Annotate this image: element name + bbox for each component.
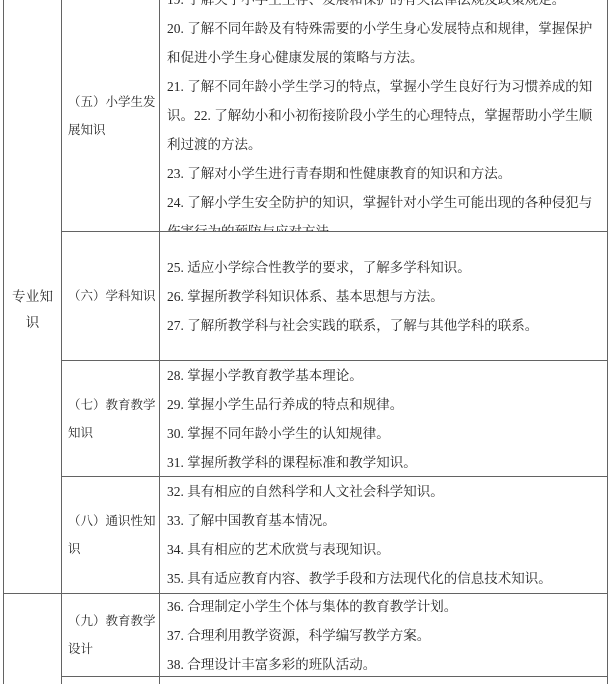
category-cell-6-subject-knowledge: （六）学科知识 xyxy=(62,232,160,361)
category-cell-9-instructional-design: （九）教育教学 设计 xyxy=(62,594,160,677)
item-33: 33. 了解中国教育基本情况。 xyxy=(167,506,602,535)
group-label-line: 识 xyxy=(12,310,53,336)
merged-cell-professional-knowledge: 专业知 识 xyxy=(3,0,62,594)
item-37: 37. 合理利用教学资源，科学编写教学方案。 xyxy=(167,621,602,650)
item-30: 30. 掌握不同年龄小学生的认知规律。 xyxy=(167,419,602,448)
items-cell-8: 32. 具有相应的自然科学和人文社会科学知识。 33. 了解中国教育基本情况。 … xyxy=(160,477,608,594)
item-20: 20. 了解不同年龄及有特殊需要的小学生身心发展特点和规律，掌握保护和促进小学生… xyxy=(167,14,602,72)
category-cell-8-general-knowledge: （八）通识性知 识 xyxy=(62,477,160,594)
item-29: 29. 掌握小学生品行养成的特点和规律。 xyxy=(167,390,602,419)
item-21-22: 21. 了解不同年龄小学生学习的特点，掌握小学生良好行为习惯养成的知识。22. … xyxy=(167,72,602,159)
category-label-line: （九）教育教学 xyxy=(68,607,154,635)
category-label-line: 知识 xyxy=(68,419,154,447)
category-label-line: 展知识 xyxy=(68,116,154,144)
category-label-line: （八）通识性知 xyxy=(68,507,154,535)
item-38: 38. 合理设计丰富多彩的班队活动。 xyxy=(167,650,602,678)
items-cell-6: 25. 适应小学综合性教学的要求，了解多学科知识。 26. 掌握所教学科知识体系… xyxy=(160,232,608,361)
item-26: 26. 掌握所教学科知识体系、基本思想与方法。 xyxy=(167,282,602,311)
item-19: 19. 了解关于小学生生存、发展和保护的有关法律法规及政策规定。 xyxy=(167,0,602,14)
merged-cell-next-group xyxy=(3,594,62,684)
item-31: 31. 掌握所教学科的课程标准和教学知识。 xyxy=(167,448,602,477)
item-25: 25. 适应小学综合性教学的要求，了解多学科知识。 xyxy=(167,253,602,282)
item-36: 36. 合理制定小学生个体与集体的教育教学计划。 xyxy=(167,594,602,621)
items-cell-9: 36. 合理制定小学生个体与集体的教育教学计划。 37. 合理利用教学资源，科学… xyxy=(160,594,608,677)
items-cell-next-sliver xyxy=(160,677,608,684)
category-label-line: （六）学科知识 xyxy=(68,282,154,310)
items-cell-7: 28. 掌握小学教育教学基本理论。 29. 掌握小学生品行养成的特点和规律。 3… xyxy=(160,361,608,477)
document-page: 专业知 识 （五）小学生发 展知识 （六）学科知识 （七）教育教学 知识 （八）… xyxy=(0,0,610,684)
category-cell-next-sliver xyxy=(62,677,160,684)
item-35: 35. 具有适应教育内容、教学手段和方法现代化的信息技术知识。 xyxy=(167,564,602,593)
category-label-line: 识 xyxy=(68,535,154,563)
items-cell-5: 19. 了解关于小学生生存、发展和保护的有关法律法规及政策规定。 20. 了解不… xyxy=(160,0,608,232)
group-label-line: 专业知 xyxy=(12,284,53,310)
item-28: 28. 掌握小学教育教学基本理论。 xyxy=(167,361,602,390)
category-cell-5-pupil-development: （五）小学生发 展知识 xyxy=(62,0,160,232)
item-32: 32. 具有相应的自然科学和人文社会科学知识。 xyxy=(167,477,602,506)
item-34: 34. 具有相应的艺术欣赏与表现知识。 xyxy=(167,535,602,564)
category-cell-7-education-teaching-knowledge: （七）教育教学 知识 xyxy=(62,361,160,477)
category-label-line: （七）教育教学 xyxy=(68,391,154,419)
item-24: 24. 了解小学生安全防护的知识，掌握针对小学生可能出现的各种侵犯与伤害行为的预… xyxy=(167,188,602,232)
item-23: 23. 了解对小学生进行青春期和性健康教育的知识和方法。 xyxy=(167,159,602,188)
category-label-line: 设计 xyxy=(68,635,154,663)
item-27: 27. 了解所教学科与社会实践的联系，了解与其他学科的联系。 xyxy=(167,311,602,340)
category-label-line: （五）小学生发 xyxy=(68,88,154,116)
